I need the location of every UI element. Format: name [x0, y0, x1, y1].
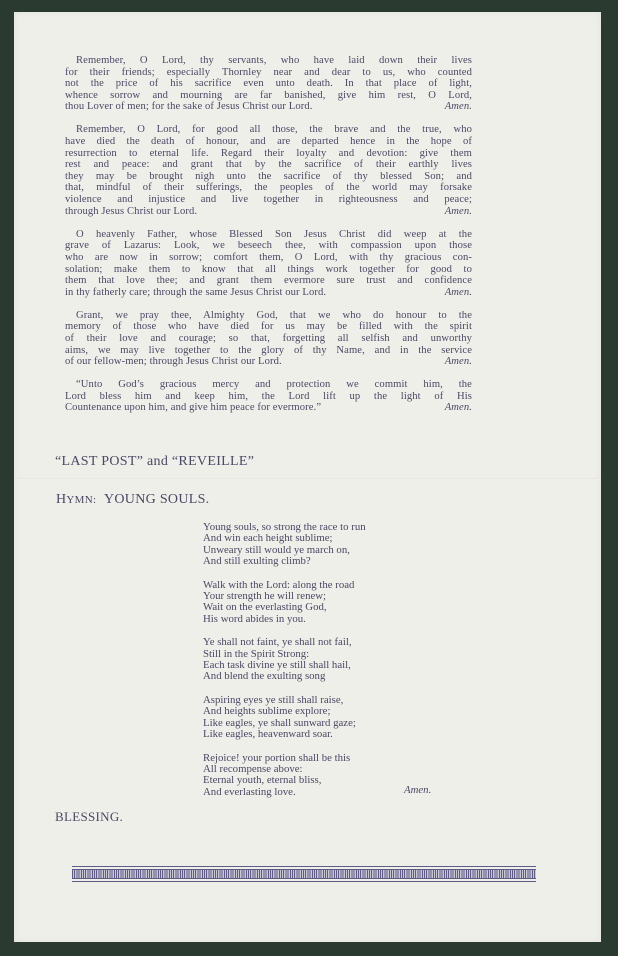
prayer-line: whence sorrow and mourning are far banis…: [65, 90, 472, 102]
amen-text: Amen.: [445, 101, 472, 113]
prayer-line: Lord bless him and keep him, the Lord li…: [65, 391, 472, 403]
prayer-paragraph: O heavenly Father, whose Blessed Son Jes…: [65, 229, 472, 299]
hymn-line: And blend the exulting song: [203, 671, 366, 682]
fold-crease: [14, 478, 601, 480]
prayer-line-text: through Jesus Christ our Lord.: [65, 206, 197, 218]
prayer-line: thou Lover of men; for the sake of Jesus…: [65, 101, 472, 113]
hymn-heading: HYMN: YOUNG SOULS.: [56, 492, 209, 508]
hymn-label-initial: H: [56, 492, 66, 507]
prayer-paragraph: Remember, O Lord, thy servants, who have…: [65, 55, 472, 113]
prayer-paragraph: Grant, we pray thee, Almighty God, that …: [65, 310, 472, 368]
prayer-line: violence and injustice and live together…: [65, 194, 472, 206]
decorative-rule: [72, 866, 536, 882]
prayer-line: Countenance upon him, and give him peace…: [65, 402, 472, 414]
prayer-line: Remember, O Lord, for good all those, th…: [65, 124, 472, 136]
prayer-line: grave of Lazarus: Look, we beseech thee,…: [65, 240, 472, 252]
hymn-stanza: Aspiring eyes ye still shall raise,And h…: [203, 695, 366, 741]
prayer-line: of our fellow-men; through Jesus Christ …: [65, 356, 472, 368]
prayer-line-text: of our fellow-men; through Jesus Christ …: [65, 356, 282, 368]
amen-text: Amen.: [445, 287, 472, 299]
hymn-stanza: Rejoice! your portion shall be thisAll r…: [203, 753, 366, 799]
hymn-title: YOUNG SOULS.: [104, 492, 210, 507]
decorative-rule-hatching: [72, 869, 536, 879]
hymn-line: And everlasting love.: [203, 787, 366, 798]
prayer-line: have died the death of honour, and are d…: [65, 136, 472, 148]
prayer-line: resurrection to eternal life. Regard the…: [65, 148, 472, 160]
prayer-line: of their love and courage; so that, forg…: [65, 333, 472, 345]
prayer-line: through Jesus Christ our Lord.Amen.: [65, 206, 472, 218]
prayer-line: who are now in sorrow; comfort them, O L…: [65, 252, 472, 264]
prayer-line: they may be brought nigh unto the sacrif…: [65, 171, 472, 183]
prayer-line-text: thou Lover of men; for the sake of Jesus…: [65, 101, 313, 113]
hymn-stanza: Young souls, so strong the race to runAn…: [203, 522, 366, 568]
hymn-stanza: Walk with the Lord: along the roadYour s…: [203, 580, 366, 626]
hymn-stanza: Ye shall not faint, ye shall not fail,St…: [203, 637, 366, 683]
prayer-line: for their friends; especially Thornley n…: [65, 67, 472, 79]
prayer-line: “Unto God’s gracious mercy and protectio…: [65, 379, 472, 391]
prayer-line: in thy fatherly care; through the same J…: [65, 287, 472, 299]
prayer-line: O heavenly Father, whose Blessed Son Jes…: [65, 229, 472, 241]
amen-text: Amen.: [445, 402, 472, 414]
hymn-line: And still exulting climb?: [203, 556, 366, 567]
prayer-line-text: Countenance upon him, and give him peace…: [65, 402, 321, 414]
prayer-paragraph: Remember, O Lord, for good all those, th…: [65, 124, 472, 217]
prayer-line: rest and peace: and grant that by the sa…: [65, 159, 472, 171]
last-post-heading: “LAST POST” and “REVEILLE”: [55, 454, 254, 470]
prayer-line-text: in thy fatherly care; through the same J…: [65, 287, 326, 299]
prayer-line: not the price of his sacrifice even unto…: [65, 78, 472, 90]
prayer-paragraph: “Unto God’s gracious mercy and protectio…: [65, 379, 472, 414]
hymn-line: His word abides in you.: [203, 614, 366, 625]
prayer-line: Remember, O Lord, thy servants, who have…: [65, 55, 472, 67]
hymn-text: Young souls, so strong the race to runAn…: [203, 522, 366, 810]
prayer-line: Grant, we pray thee, Almighty God, that …: [65, 310, 472, 322]
amen-text: Amen.: [445, 356, 472, 368]
hymn-line: And heights sublime explore;: [203, 706, 366, 717]
hymn-line: Ye shall not faint, ye shall not fail,: [203, 637, 366, 648]
prayer-line: memory of those who have died for us may…: [65, 321, 472, 333]
amen-text: Amen.: [445, 206, 472, 218]
prayer-line: aims, we may live together to the glory …: [65, 345, 472, 357]
hymn-amen: Amen.: [404, 784, 431, 796]
prayer-line: that, mindful of their sufferings, the p…: [65, 182, 472, 194]
prayers-section: Remember, O Lord, thy servants, who have…: [65, 55, 472, 426]
hymn-line: Eternal youth, eternal bliss,: [203, 775, 366, 786]
hymn-line: Like eagles, heavenward soar.: [203, 729, 366, 740]
blessing-heading: BLESSING.: [55, 809, 123, 825]
prayer-line: solation; make them to know that all thi…: [65, 264, 472, 276]
prayer-line: them that love thee; and grant them ever…: [65, 275, 472, 287]
hymn-label-rest: YMN:: [66, 494, 96, 506]
